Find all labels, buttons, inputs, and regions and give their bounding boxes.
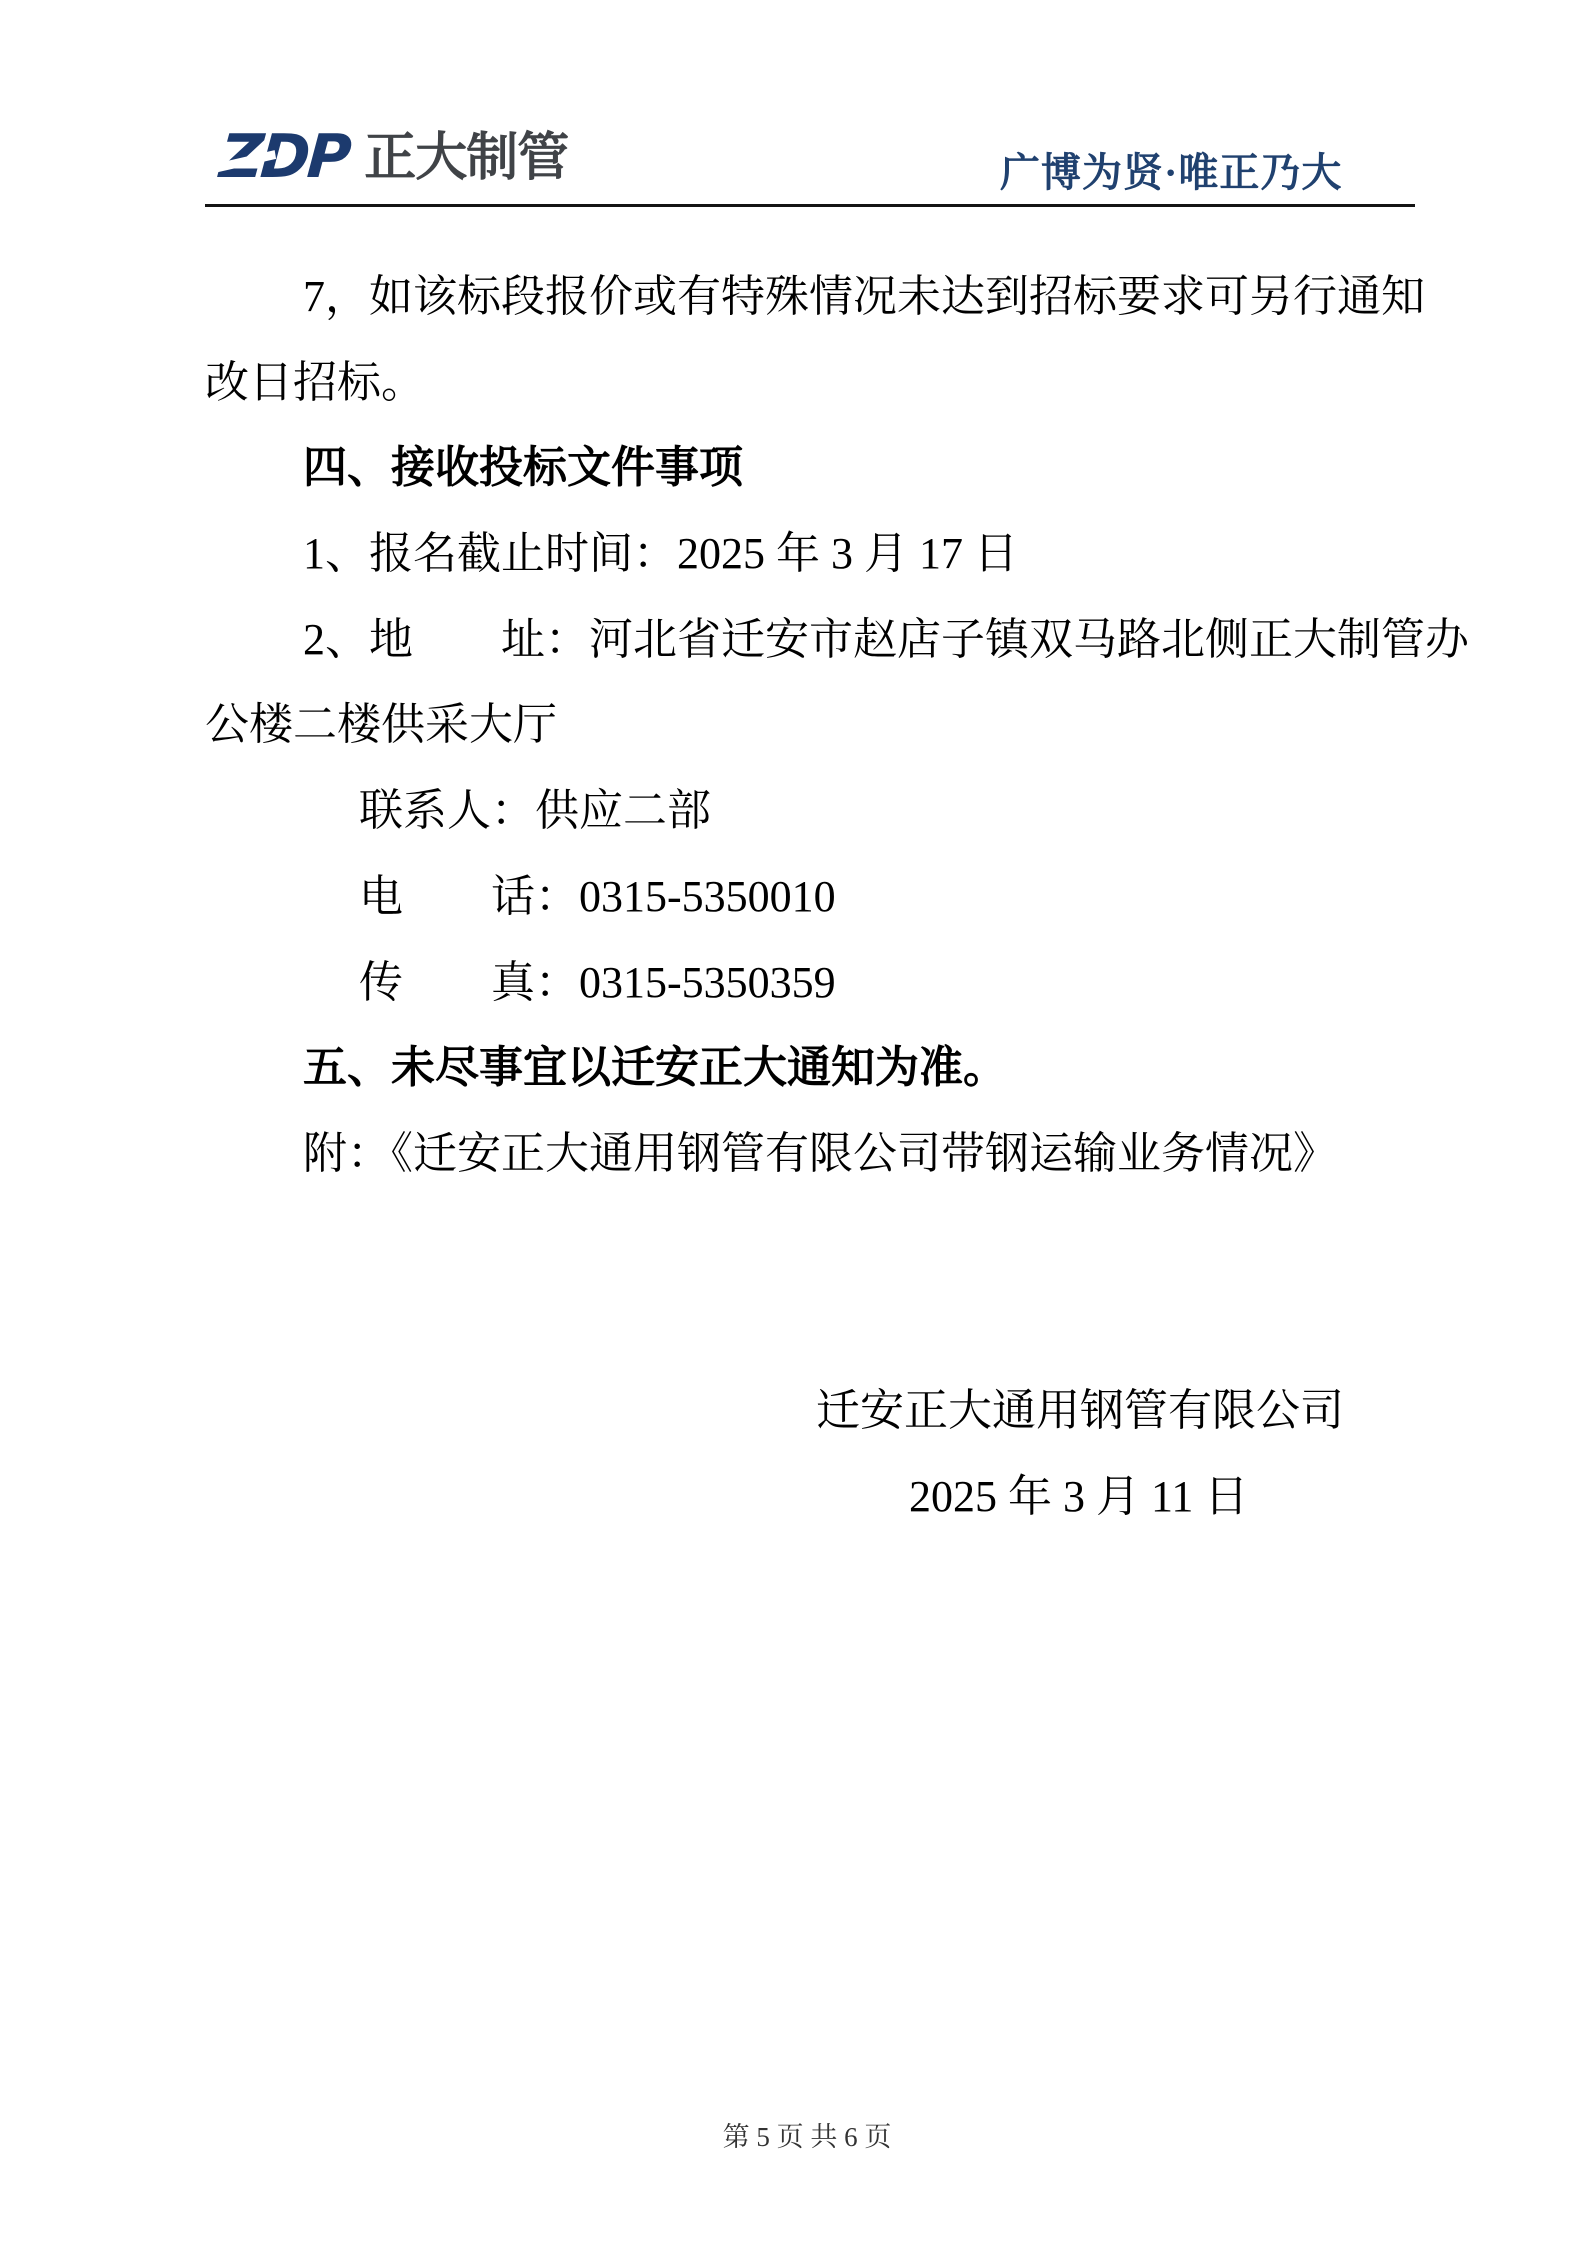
page-footer: 第 5 页 共 6 页: [0, 2084, 1587, 2185]
company-slogan: 广博为贤·唯正乃大: [1000, 141, 1342, 198]
paragraph-line: 2、地 址：河北省迁安市赵店子镇双马路北侧正大制管办: [205, 597, 1419, 683]
document-body: 7，如该标段报价或有特殊情况未达到招标要求可另行通知 改日招标。 四、接收投标文…: [205, 254, 1419, 1539]
attachment-line: 附：《迁安正大通用钢管有限公司带钢运输业务情况》: [205, 1111, 1419, 1197]
paragraph-line: 公楼二楼供采大厅: [205, 682, 1419, 768]
company-logo: ZDP 正大制管: [220, 128, 568, 186]
paragraph-line: 1、报名截止时间：2025 年 3 月 17 日: [205, 511, 1419, 597]
fax-line: 传 真：0315-5350359: [205, 940, 1419, 1026]
document-page: ZDP 正大制管 广博为贤·唯正乃大 7，如该标段报价或有特殊情况未达到招标要求…: [0, 0, 1587, 2245]
zdp-logo-text: ZDP: [218, 122, 351, 192]
zdp-logo-mark: ZDP: [218, 128, 350, 186]
page-number: 第 5 页 共 6 页: [723, 2122, 892, 2152]
header-divider: [205, 204, 1415, 207]
signature-company: 迁安正大通用钢管有限公司: [205, 1368, 1419, 1454]
blank-line: [205, 1282, 1419, 1368]
phone-line: 电 话：0315-5350010: [205, 854, 1419, 940]
section-heading: 五、未尽事宜以迁安正大通知为准。: [205, 1025, 1419, 1111]
paragraph-line: 改日招标。: [205, 340, 1419, 426]
section-heading: 四、接收投标文件事项: [205, 425, 1419, 511]
signature-date: 2025 年 3 月 11 日: [205, 1454, 1419, 1540]
blank-line: [205, 1197, 1419, 1283]
logo-company-name: 正大制管: [364, 130, 568, 186]
paragraph-line: 7，如该标段报价或有特殊情况未达到招标要求可另行通知: [205, 254, 1419, 340]
contact-line: 联系人：供应二部: [205, 768, 1419, 854]
